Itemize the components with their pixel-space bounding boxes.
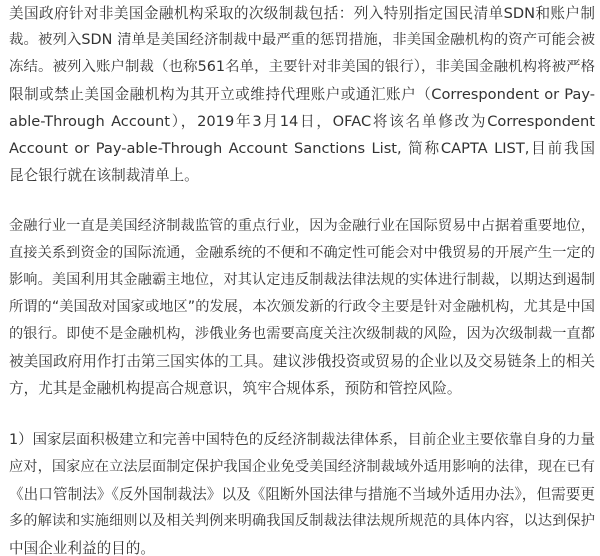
- text-line: 被美国政府用作打击第三国实体的工具。建议涉俄投资或贸易的企业以及交易链条上的相关: [9, 348, 595, 375]
- text-line: 美国政府针对非美国金融机构采取的次级制裁包括：列入特别指定国民清单SDN和账户制: [9, 0, 595, 27]
- text-line: able-Through Account），2019年3月14日，OFAC将该名…: [9, 108, 595, 135]
- text-line: 中国企业利益的目的。: [9, 535, 595, 556]
- text-line: 《出口管制法》《反外国制裁法》以及《阻断外国法律与措施不当域外适用办法》，但需要…: [9, 481, 595, 508]
- paragraph-recommendation-1: 1）国家层面积极建立和完善中国特色的反经济制裁法律体系，目前企业主要依靠自身的力…: [9, 427, 595, 556]
- text-line: 所谓的“美国敌对国家或地区”的发展，本次颁发新的行政令主要是针对金融机构，尤其是…: [9, 294, 595, 321]
- text-line: 影响。美国利用其金融霸主地位，对其认定违反制裁法律法规的实体进行制裁，以期达到遏…: [9, 267, 595, 294]
- text-line: 冻结。被列入账户制裁（也称561名单，主要针对非美国的银行），非美国金融机构将被…: [9, 54, 595, 81]
- text-line: 金融行业一直是美国经济制裁监管的重点行业，因为金融行业在国际贸易中占据着重要地位…: [9, 213, 595, 240]
- text-line: 1）国家层面积极建立和完善中国特色的反经济制裁法律体系，目前企业主要依靠自身的力…: [9, 427, 595, 454]
- text-line: 的银行。即使不是金融机构，涉俄业务也需要高度关注次级制裁的风险，因为次级制裁一直…: [9, 321, 595, 348]
- text-line: Account or Pay-able-Through Account Sanc…: [9, 135, 595, 162]
- text-line: 多的解读和实施细则以及相关判例来明确我国反制裁法律法规所规范的具体内容，以达到保…: [9, 508, 595, 535]
- paragraph-secondary-sanctions: 美国政府针对非美国金融机构采取的次级制裁包括：列入特别指定国民清单SDN和账户制…: [9, 0, 595, 189]
- text-line: 裁。被列入SDN 清单是美国经济制裁中最严重的惩罚措施，非美国金融机构的资产可能…: [9, 27, 595, 54]
- paragraph-financial-industry: 金融行业一直是美国经济制裁监管的重点行业，因为金融行业在国际贸易中占据着重要地位…: [9, 213, 595, 402]
- text-line: 应对，国家应在立法层面制定保护我国企业免受美国经济制裁域外适用影响的法律，现在已…: [9, 454, 595, 481]
- text-line: 直接关系到资金的国际流通，金融系统的不便和不确定性可能会对中俄贸易的开展产生一定…: [9, 240, 595, 267]
- document: 美国政府针对非美国金融机构采取的次级制裁包括：列入特别指定国民清单SDN和账户制…: [0, 0, 600, 556]
- text-line: 限制或禁止美国金融机构为其开立或维持代理账户或通汇账户（Corresponden…: [9, 81, 595, 108]
- text-line: 方，尤其是金融机构提高合规意识，筑牢合规体系，预防和管控风险。: [9, 375, 595, 402]
- text-line: 昆仑银行就在该制裁清单上。: [9, 162, 595, 189]
